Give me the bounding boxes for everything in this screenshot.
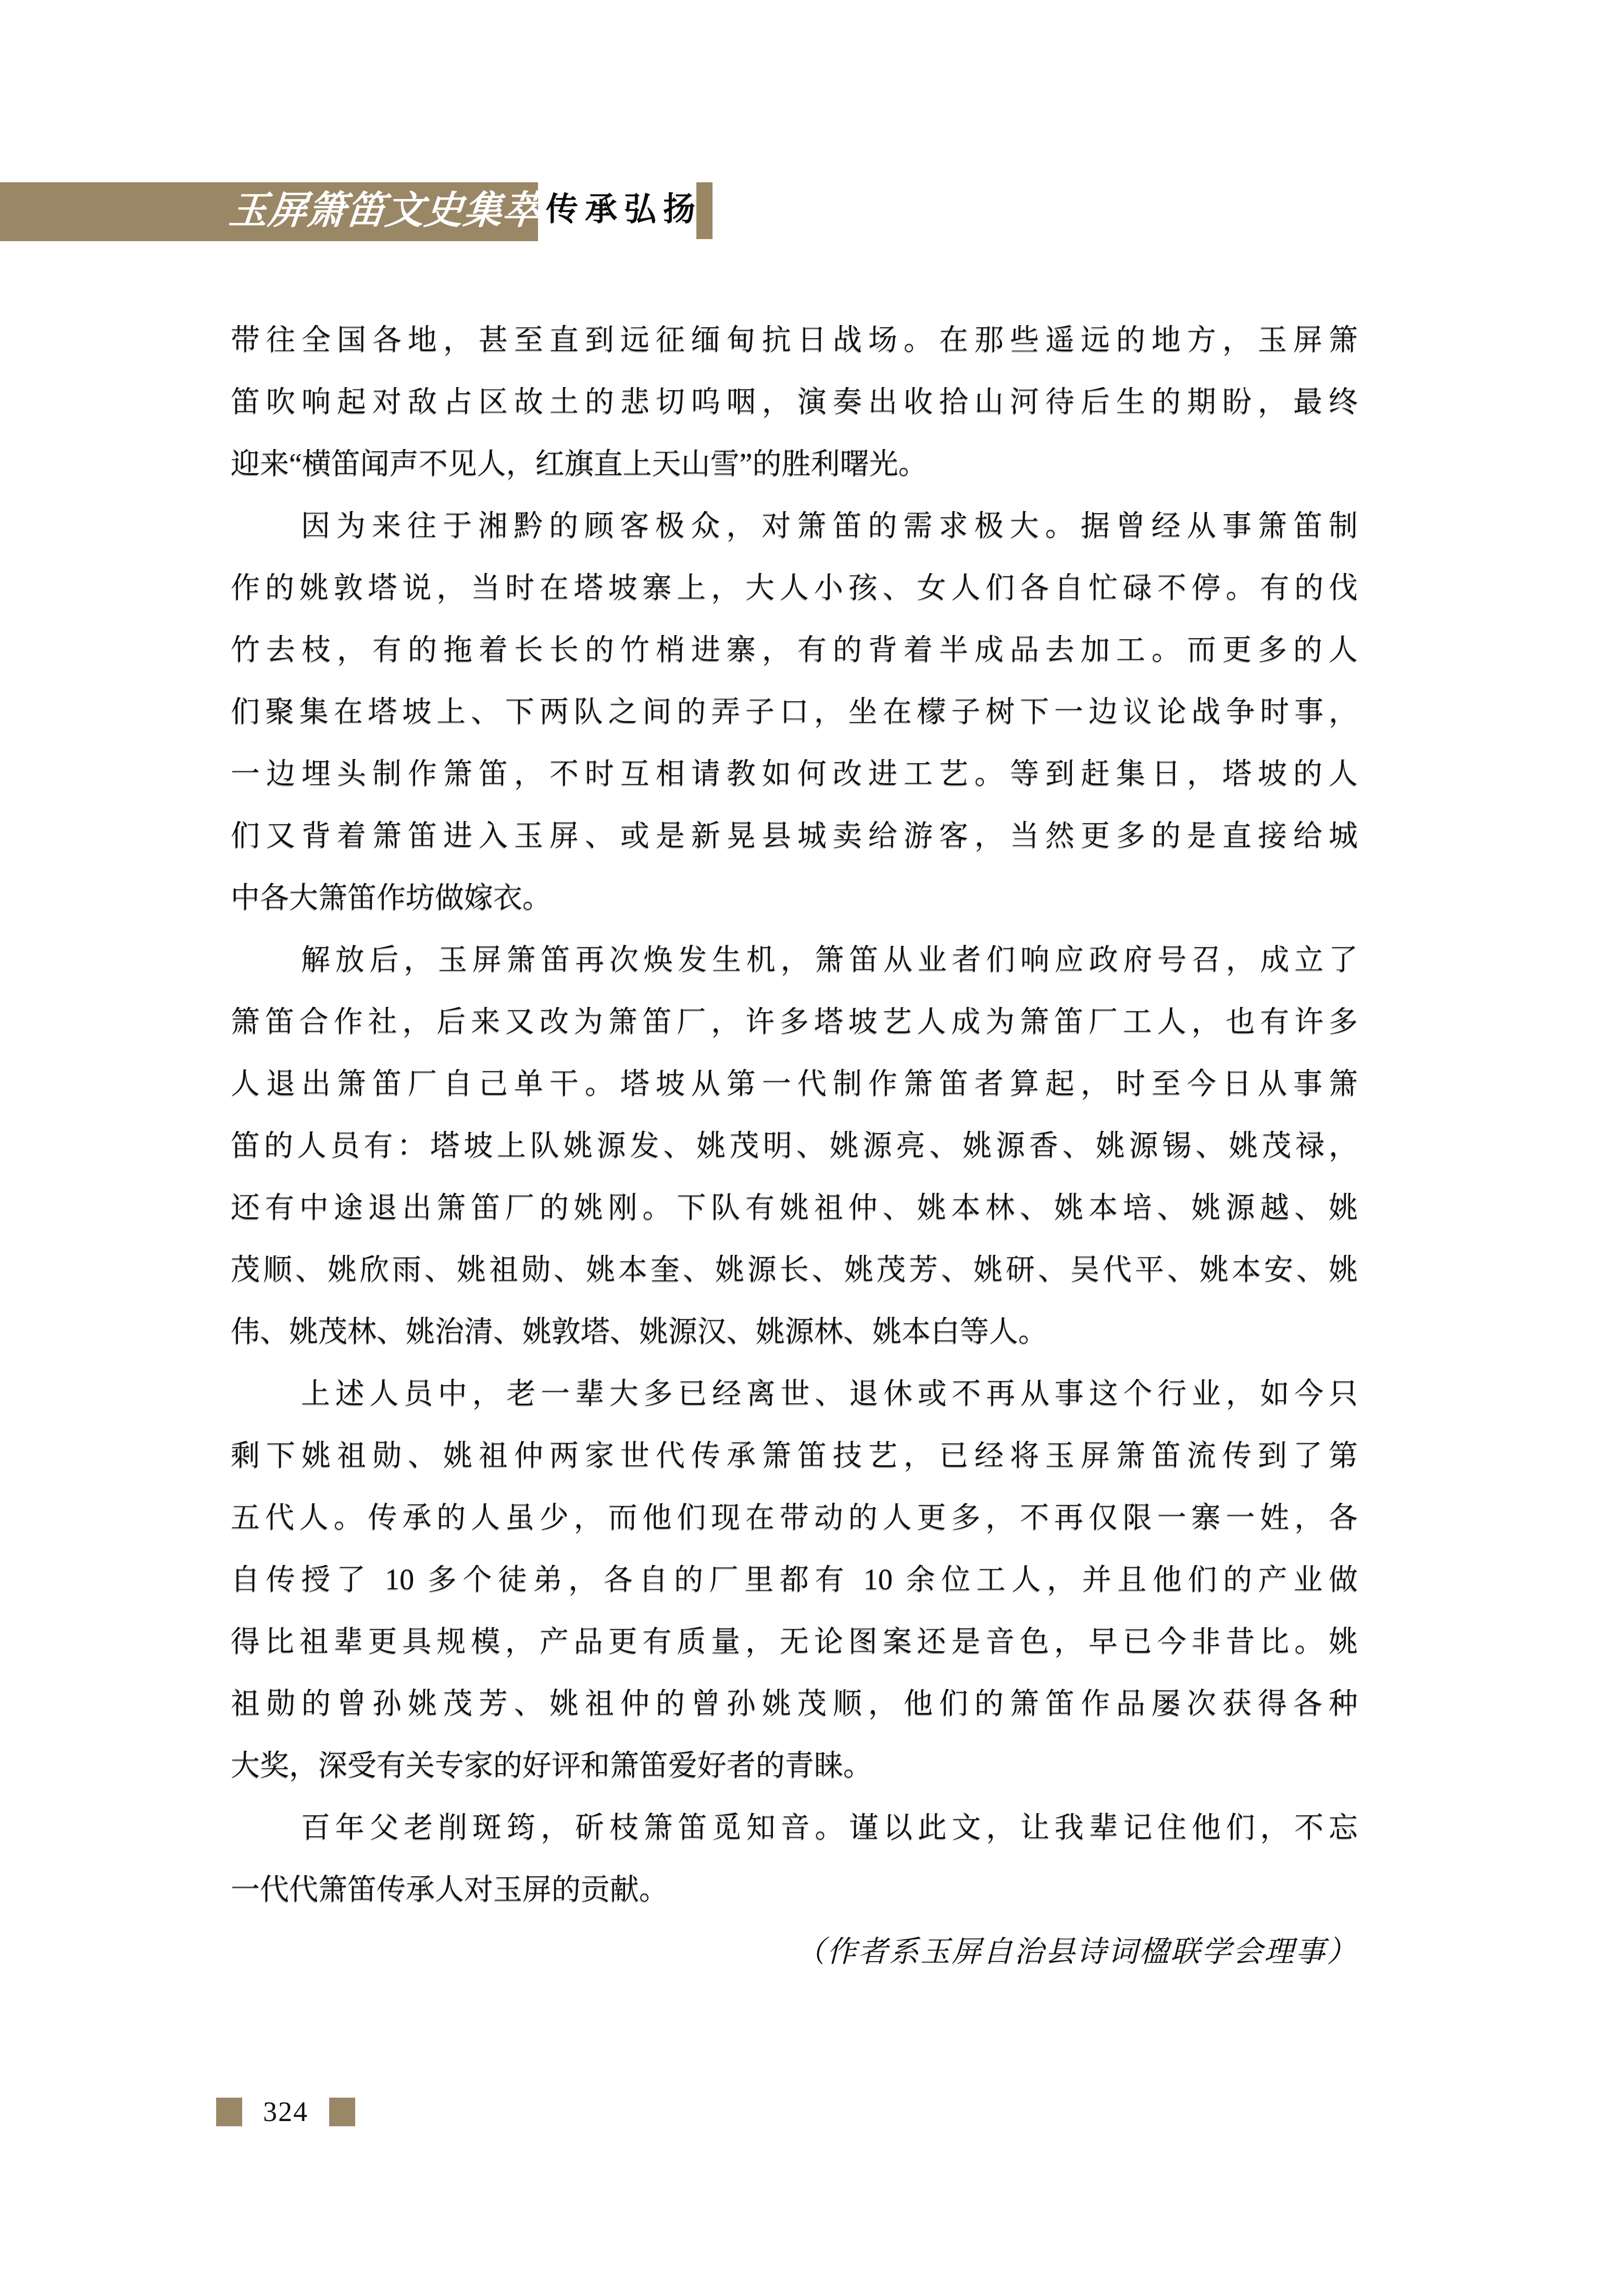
text-line: 带往全国各地，甚至直到远征缅甸抗日战场。在那些遥远的地方，玉屏箫 xyxy=(231,309,1358,371)
page-footer: 324 xyxy=(216,2098,355,2126)
text-line: 作的姚敦塔说，当时在塔坡寨上，大人小孩、女人们各自忙碌不停。有的伐 xyxy=(231,557,1358,619)
text-line: 一代代箫笛传承人对玉屏的贡献。 xyxy=(231,1859,1358,1921)
text-line: 自传授了 10 多个徒弟，各自的厂里都有 10 余位工人，并且他们的产业做 xyxy=(231,1549,1358,1611)
header-banner: 玉屏箫笛文史集萃 xyxy=(0,182,538,241)
article: 带往全国各地，甚至直到远征缅甸抗日战场。在那些遥远的地方，玉屏箫笛吹响起对敌占区… xyxy=(231,309,1358,1983)
paragraph: 百年父老削斑筠，斫枝箫笛觅知音。谨以此文，让我辈记住他们，不忘一代代箫笛传承人对… xyxy=(231,1797,1358,1921)
text-line: 百年父老削斑筠，斫枝箫笛觅知音。谨以此文，让我辈记住他们，不忘 xyxy=(231,1797,1358,1859)
author-note: （作者系玉屏自治县诗词楹联学会理事） xyxy=(231,1921,1358,1983)
paragraph: 因为来往于湘黔的顾客极众，对箫笛的需求极大。据曾经从事箫笛制作的姚敦塔说，当时在… xyxy=(231,495,1358,929)
text-line: 大奖，深受有关专家的好评和箫笛爱好者的青睐。 xyxy=(231,1735,1358,1797)
page-number: 324 xyxy=(263,2098,308,2126)
text-line: 竹去枝，有的拖着长长的竹梢进寨，有的背着半成品去加工。而更多的人 xyxy=(231,619,1358,681)
text-line: 箫笛合作社，后来又改为箫笛厂，许多塔坡艺人成为箫笛厂工人，也有许多 xyxy=(231,991,1358,1053)
text-line: 剩下姚祖勋、姚祖仲两家世代传承箫笛技艺，已经将玉屏箫笛流传到了第 xyxy=(231,1425,1358,1487)
text-line: 们聚集在塔坡上、下两队之间的弄子口，坐在檬子树下一边议论战争时事， xyxy=(231,681,1358,743)
text-line: 伟、姚茂林、姚治清、姚敦塔、姚源汉、姚源林、姚本白等人。 xyxy=(231,1301,1358,1363)
book-page: 玉屏箫笛文史集萃 传承弘扬 带往全国各地，甚至直到远征缅甸抗日战场。在那些遥远的… xyxy=(0,0,1624,2269)
paragraph: 带往全国各地，甚至直到远征缅甸抗日战场。在那些遥远的地方，玉屏箫笛吹响起对敌占区… xyxy=(231,309,1358,495)
paragraph: 上述人员中，老一辈大多已经离世、退休或不再从事这个行业，如今只剩下姚祖勋、姚祖仲… xyxy=(231,1363,1358,1797)
text-line: 笛的人员有：塔坡上队姚源发、姚茂明、姚源亮、姚源香、姚源锡、姚茂禄， xyxy=(231,1115,1358,1177)
banner-accent-rect xyxy=(696,182,713,239)
text-line: 一边埋头制作箫笛，不时互相请教如何改进工艺。等到赶集日，塔坡的人 xyxy=(231,743,1358,805)
banner-calligraphy-title: 玉屏箫笛文史集萃 xyxy=(227,180,544,239)
text-line: 迎来“横笛闻声不见人，红旗直上天山雪”的胜利曙光。 xyxy=(231,433,1358,495)
text-line: 们又背着箫笛进入玉屏、或是新晃县城卖给游客，当然更多的是直接给城 xyxy=(231,805,1358,867)
section-label: 传承弘扬 xyxy=(546,183,702,241)
text-line: 解放后，玉屏箫笛再次焕发生机，箫笛从业者们响应政府号召，成立了 xyxy=(231,929,1358,991)
text-line: 上述人员中，老一辈大多已经离世、退休或不再从事这个行业，如今只 xyxy=(231,1363,1358,1425)
text-line: 中各大箫笛作坊做嫁衣。 xyxy=(231,867,1358,929)
text-line: 人退出箫笛厂自己单干。塔坡从第一代制作箫笛者算起，时至今日从事箫 xyxy=(231,1053,1358,1115)
text-line: 得比祖辈更具规模，产品更有质量，无论图案还是音色，早已今非昔比。姚 xyxy=(231,1611,1358,1673)
text-line: 五代人。传承的人虽少，而他们现在带动的人更多，不再仅限一寨一姓，各 xyxy=(231,1487,1358,1549)
text-line: 祖勋的曾孙姚茂芳、姚祖仲的曾孙姚茂顺，他们的箫笛作品屡次获得各种 xyxy=(231,1673,1358,1735)
text-line: 笛吹响起对敌占区故土的悲切呜咽，演奏出收拾山河待后生的期盼，最终 xyxy=(231,371,1358,433)
text-line: 茂顺、姚欣雨、姚祖勋、姚本奎、姚源长、姚茂芳、姚研、吴代平、姚本安、姚 xyxy=(231,1239,1358,1301)
paragraph: 解放后，玉屏箫笛再次焕发生机，箫笛从业者们响应政府号召，成立了箫笛合作社，后来又… xyxy=(231,929,1358,1363)
text-line: 还有中途退出箫笛厂的姚刚。下队有姚祖仲、姚本林、姚本培、姚源越、姚 xyxy=(231,1177,1358,1239)
page-marker-right xyxy=(329,2098,355,2126)
text-line: 因为来往于湘黔的顾客极众，对箫笛的需求极大。据曾经从事箫笛制 xyxy=(231,495,1358,557)
page-marker-left xyxy=(216,2098,242,2126)
